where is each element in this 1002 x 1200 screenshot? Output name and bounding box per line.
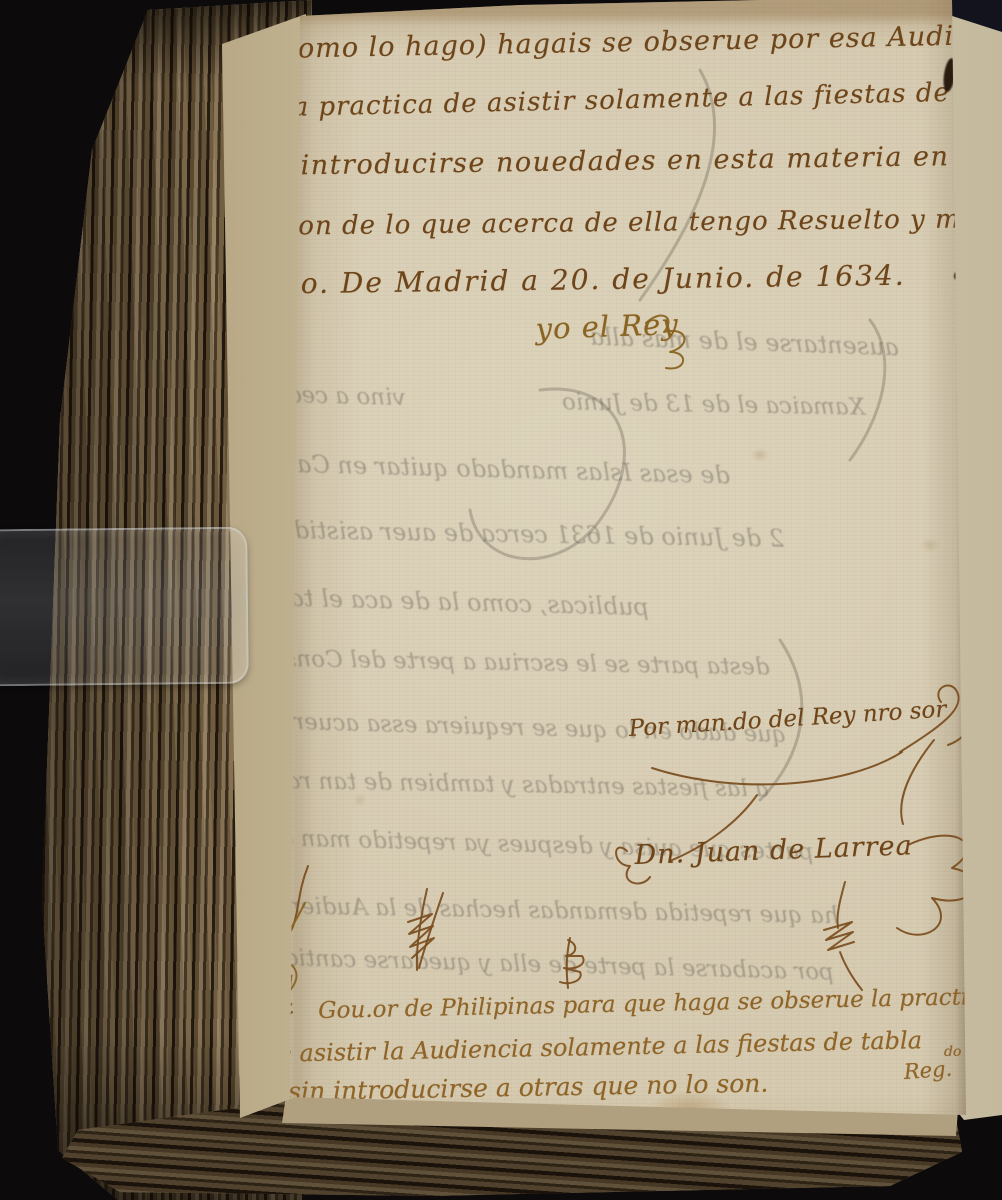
- decree-line: la practica de asistir solamente a las f…: [283, 76, 1002, 123]
- royal-signature: yo el Rey: [535, 307, 679, 346]
- bleedthrough-line: por acabarse la perte de ella y quedarse…: [255, 944, 834, 985]
- bleedthrough-line: de esas Islas mandado quitar en Carta R: [236, 449, 731, 490]
- registration-superscript: do: [944, 1044, 961, 1060]
- manuscript-photo: ausentarse el de mas alla vino a cedular…: [0, 0, 1002, 1200]
- decree-dateline: dado. De Madrid a 20. de Junio. de 1634.: [242, 259, 906, 301]
- bleedthrough-line: publicas, como la de aca el tanto: [250, 583, 650, 621]
- bleedthrough-line: 2 de Junio de 1631 cerca de auer asistid…: [242, 515, 784, 552]
- summary-line: de asistir la Audiencia solamente a las …: [262, 1026, 922, 1068]
- decree-line: cucion de lo que acerca de ella tengo Re…: [240, 204, 995, 242]
- decree-line: sin introducirse nouedades en esta mater…: [246, 140, 1002, 182]
- bleedthrough-line: ha que repetida demandas hechas de la Au…: [252, 893, 839, 929]
- summary-line: Gou.or de Philipinas para que haga se ob…: [318, 984, 995, 1024]
- rubric-mark: [840, 952, 862, 990]
- registration-mark: Reg.: [903, 1057, 953, 1084]
- secretary-flourish: [901, 740, 934, 824]
- bleedthrough-line: Xamaica el de 13 de Junio: [562, 389, 865, 420]
- bleedthrough-line: desta parte se le escriua a perte del Co…: [250, 645, 770, 680]
- countersign-line: Por man.do del Rey nro sor: [628, 697, 947, 742]
- decree-line: (como lo hago) hagais se obserue por esa…: [270, 19, 1002, 65]
- plastic-retainer-strip: [0, 527, 249, 687]
- bleedthrough-line: a las fiestas entradas y tambien de tan …: [250, 767, 769, 802]
